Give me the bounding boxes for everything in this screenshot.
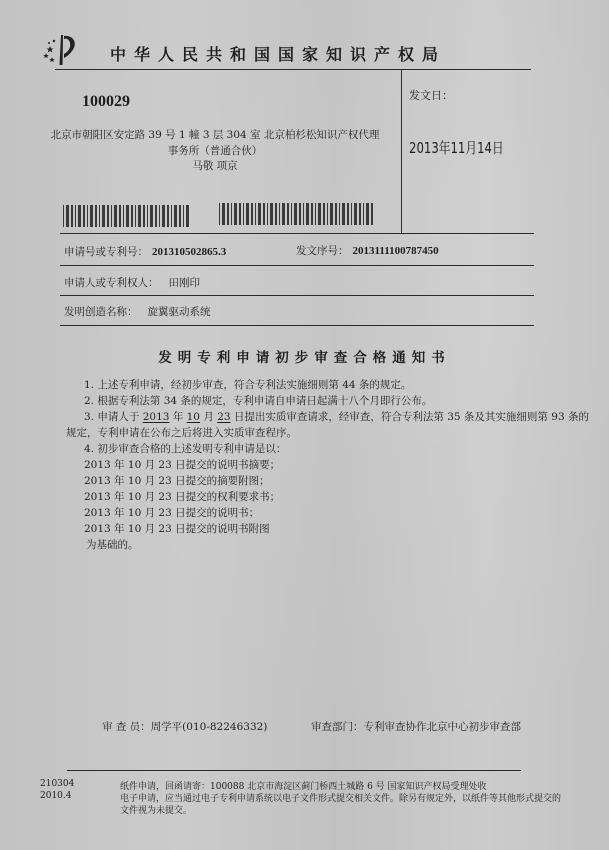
- document-list-item: 2013 年 10 月 23 日提交的权利要求书；: [84, 489, 280, 504]
- barcode-divider: [60, 233, 534, 234]
- item3-prefix: 3. 申请人于: [84, 411, 143, 423]
- notice-item-3: 3. 申请人于 2013 年 10 月 23 日提出实质审查请求，经审查，符合专…: [84, 409, 589, 424]
- agent-names: 马敬 项京: [40, 158, 390, 173]
- form-code: 210304: [40, 779, 74, 789]
- barcode-left: [63, 205, 191, 227]
- issue-date: 2013年11月14日: [409, 137, 504, 158]
- document-list-item: 2013 年 10 月 23 日提交的说明书；: [84, 505, 259, 520]
- issue-date-label: 发文日：: [409, 87, 453, 103]
- footer-line-3: 文件视为未提交。: [120, 803, 192, 816]
- barcode-right: [219, 203, 374, 225]
- applicant-label: 申请人或专利权人：: [64, 277, 159, 289]
- item3-suffix: 日提出实质审查请求，经审查，符合专利法第 35 条及其实施细则第 93 条的: [231, 411, 589, 423]
- serial-number: 2013111100787450: [353, 245, 439, 257]
- reviewer: 审 查 员：周学平(010-82246332): [102, 719, 267, 734]
- form-date: 2010.4: [40, 791, 72, 801]
- application-number-field: 申请号或专利号：201310502865.3: [64, 244, 226, 259]
- invention-label: 发明创造名称：: [64, 306, 138, 318]
- applicant-field: 申请人或专利权人：田刚印: [64, 275, 200, 290]
- exam-request-year: 2013: [143, 411, 170, 423]
- item3-year-unit: 年: [169, 411, 186, 423]
- exam-request-day: 23: [217, 411, 230, 423]
- postcode: 100029: [82, 93, 130, 111]
- document-list-item: 2013 年 10 月 23 日提交的说明书摘要；: [84, 457, 280, 472]
- invention-field: 发明创造名称：旋翼驱动系统: [64, 304, 211, 319]
- issue-date-divider: [401, 69, 402, 234]
- address-line-2: 事务所（普通合伙）: [40, 143, 390, 158]
- notice-item-4: 4. 初步审查合格的上述发明专利申请是以：: [84, 441, 286, 456]
- field-divider-3: [60, 325, 534, 326]
- notice-title: 发明专利申请初步审查合格通知书: [0, 346, 609, 366]
- application-number: 201310502865.3: [152, 246, 226, 258]
- footer-divider: [67, 770, 521, 771]
- field-divider-2: [60, 295, 534, 296]
- address-line-1: 北京市朝阳区安定路 39 号 1 幢 3 层 304 室 北京柏杉松知识产权代理: [40, 127, 390, 142]
- review-department: 审查部门：专利审查协作北京中心初步审查部: [311, 719, 521, 734]
- header-divider: [55, 69, 531, 70]
- cnipa-emblem-icon: [40, 32, 78, 66]
- organization-title: 中华人民共和国国家知识产权局: [110, 42, 446, 65]
- applicant-name: 田刚印: [169, 277, 201, 289]
- notice-item-2: 2. 根据专利法第 34 条的规定，专利申请自申请日起满十八个月即行公布。: [84, 393, 432, 408]
- document-list-item: 2013 年 10 月 23 日提交的说明书附图: [84, 521, 270, 536]
- document-list-item: 2013 年 10 月 23 日提交的摘要附图；: [84, 473, 270, 488]
- item3-month-unit: 月: [200, 411, 217, 423]
- serial-number-label: 发文序号：: [296, 245, 349, 257]
- serial-number-field: 发文序号：2013111100787450: [296, 243, 439, 258]
- application-number-label: 申请号或专利号：: [64, 246, 148, 258]
- notice-item-3-continuation: 规定，专利申请在公布之后将进入实质审查程序。: [66, 425, 297, 440]
- notice-closing: 为基础的。: [86, 537, 139, 552]
- exam-request-month: 10: [187, 411, 200, 423]
- notice-item-1: 1. 上述专利申请，经初步审查，符合专利法实施细则第 44 条的规定。: [84, 377, 411, 392]
- invention-title: 旋翼驱动系统: [148, 306, 211, 318]
- field-divider-1: [60, 265, 534, 266]
